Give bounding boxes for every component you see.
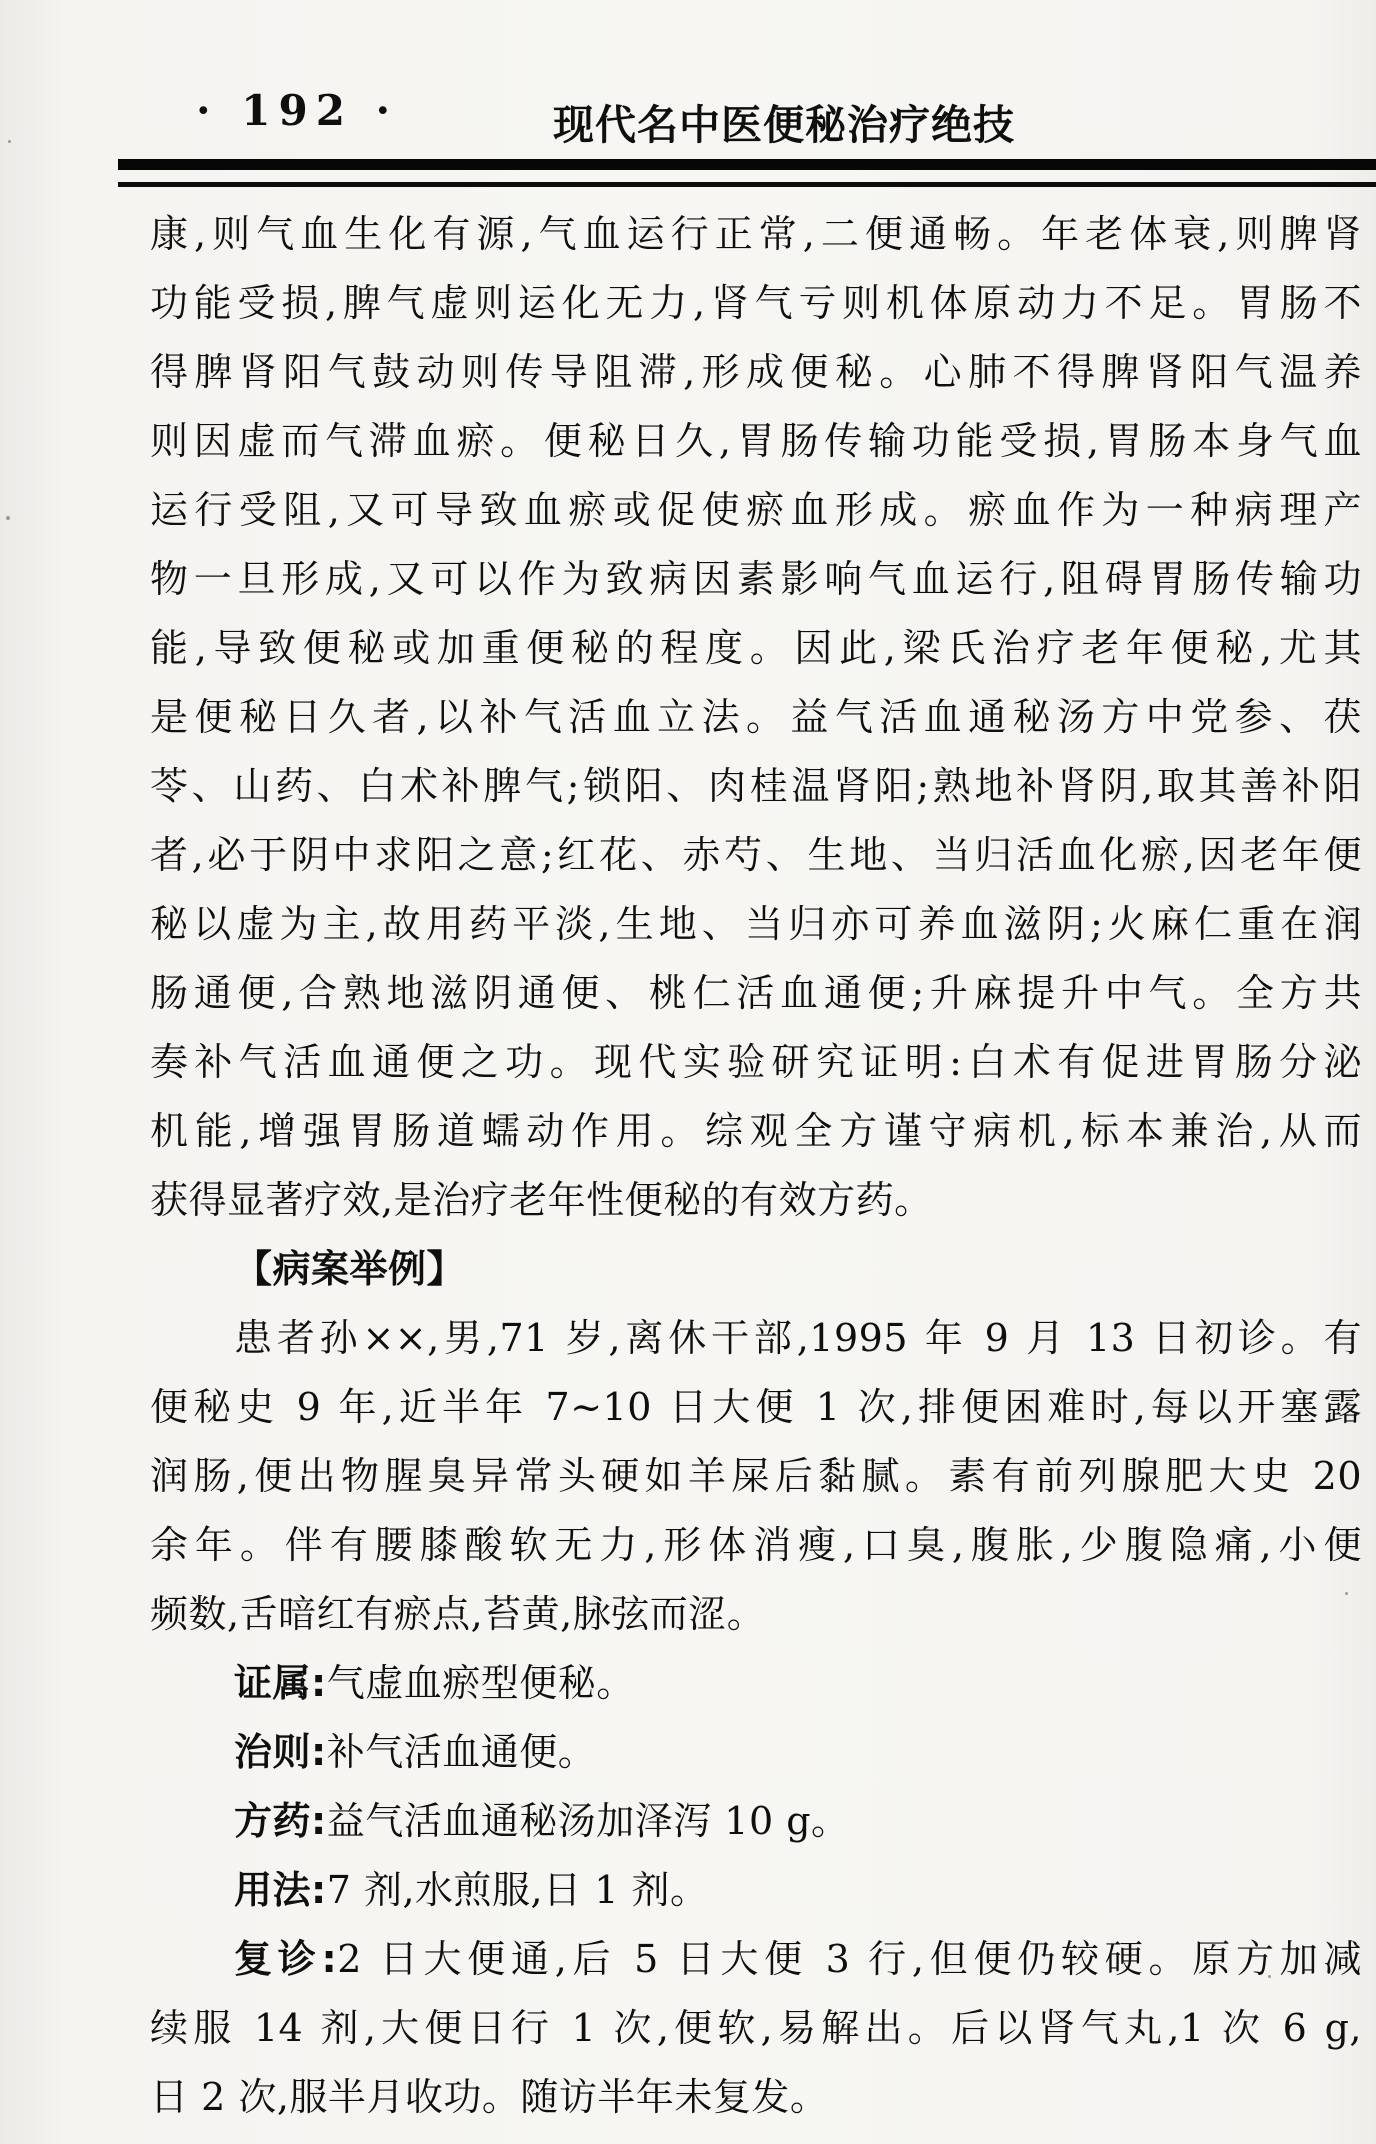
text-line: 者,必于阴中求阳之意;红花、赤芍、生地、当归活血化瘀,因老年便 (150, 821, 1362, 890)
text-line: 复诊:2 日大便通,后 5 日大便 3 行,但便仍较硬。原方加减 (150, 1925, 1362, 1994)
line-label: 用法: (234, 1868, 327, 1912)
text-line: 则因虚而气滞血瘀。便秘日久,胃肠传输功能受损,胃肠本身气血 (150, 407, 1362, 476)
text-line: 治则:补气活血通便。 (150, 1718, 1362, 1787)
text-line: 便秘史 9 年,近半年 7~10 日大便 1 次,排便困难时,每以开塞露 (150, 1373, 1362, 1442)
header-rule-thick (118, 159, 1376, 170)
text-line: 证属:气虚血瘀型便秘。 (150, 1649, 1362, 1718)
text-line: 功能受损,脾气虚则运化无力,肾气亏则机体原动力不足。胃肠不 (150, 269, 1362, 338)
body-lines: 康,则气血生化有源,气血运行正常,二便通畅。年老体衰,则脾肾功能受损,脾气虚则运… (150, 200, 1362, 2132)
line-label: 方药: (234, 1799, 327, 1843)
scan-speck (8, 140, 11, 143)
page-number: · 192 · (196, 86, 398, 135)
text-line: 物一旦形成,又可以作为致病因素影响气血运行,阻碍胃肠传输功 (150, 545, 1362, 614)
text-line: 得脾肾阳气鼓动则传导阻滞,形成便秘。心肺不得脾肾阳气温养 (150, 338, 1362, 407)
text-line: 秘以虚为主,故用药平淡,生地、当归亦可养血滋阴;火麻仁重在润 (150, 890, 1362, 959)
text-line: 康,则气血生化有源,气血运行正常,二便通畅。年老体衰,则脾肾 (150, 200, 1362, 269)
text-line: 频数,舌暗红有瘀点,苔黄,脉弦而涩。 (150, 1580, 1362, 1649)
text-line: 是便秘日久者,以补气活血立法。益气活血通秘汤方中党参、茯 (150, 683, 1362, 752)
text-line: 能,导致便秘或加重便秘的程度。因此,梁氏治疗老年便秘,尤其 (150, 614, 1362, 683)
header-rule-thin (118, 182, 1376, 187)
text-line: 获得显著疗效,是治疗老年性便秘的有效方药。 (150, 1166, 1362, 1235)
line-label: 复诊: (234, 1937, 337, 1981)
text-line: 日 2 次,服半月收功。随访半年未复发。 (150, 2063, 1362, 2132)
text-line: 机能,增强胃肠道蠕动作用。综观全方谨守病机,标本兼治,从而 (150, 1097, 1362, 1166)
line-label: 治则: (234, 1730, 327, 1774)
scan-speck (1268, 1975, 1271, 1978)
text-line: 运行受阻,又可导致血瘀或促使瘀血形成。瘀血作为一种病理产 (150, 476, 1362, 545)
running-title: 现代名中医便秘治疗绝技 (553, 92, 1015, 151)
text-line: 润肠,便出物腥臭异常头硬如羊屎后黏腻。素有前列腺肥大史 20 (150, 1442, 1362, 1511)
scan-speck (1345, 1592, 1348, 1595)
scan-speck (6, 516, 10, 520)
text-line: 用法:7 剂,水煎服,日 1 剂。 (150, 1856, 1362, 1925)
text-line: 方药:益气活血通秘汤加泽泻 10 g。 (150, 1787, 1362, 1856)
text-line: 余年。伴有腰膝酸软无力,形体消瘦,口臭,腹胀,少腹隐痛,小便 (150, 1511, 1362, 1580)
text-line: 肠通便,合熟地滋阴通便、桃仁活血通便;升麻提升中气。全方共 (150, 959, 1362, 1028)
text-line: 续服 14 剂,大便日行 1 次,便软,易解出。后以肾气丸,1 次 6 g, (150, 1994, 1362, 2063)
line-label: 证属: (234, 1661, 327, 1705)
text-line: 苓、山药、白术补脾气;锁阳、肉桂温肾阳;熟地补肾阴,取其善补阳 (150, 752, 1362, 821)
text-line: 【病案举例】 (150, 1235, 1362, 1304)
text-line: 奏补气活血通便之功。现代实验研究证明:白术有促进胃肠分泌 (150, 1028, 1362, 1097)
book-page: · 192 · 现代名中医便秘治疗绝技 康,则气血生化有源,气血运行正常,二便通… (0, 0, 1376, 2144)
text-line: 患者孙××,男,71 岁,离休干部,1995 年 9 月 13 日初诊。有 (150, 1304, 1362, 1373)
